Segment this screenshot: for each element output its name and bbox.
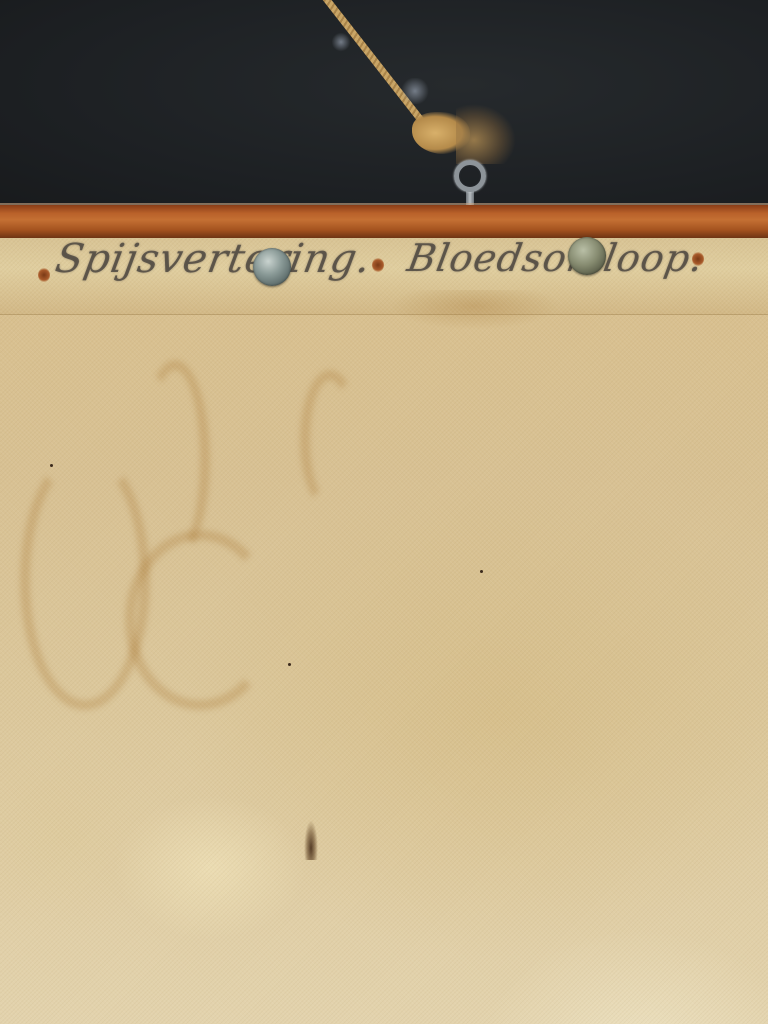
water-stain	[125, 530, 275, 710]
band-stain	[390, 290, 560, 330]
inscription-left: Spijsvertering.	[52, 236, 375, 282]
dark-background	[0, 0, 768, 212]
lint-fluff	[400, 78, 430, 104]
metal-stud	[568, 237, 606, 275]
dirt-dot	[480, 570, 483, 573]
nail-hole	[38, 268, 50, 282]
water-stain	[300, 370, 360, 510]
dirt-dot	[50, 464, 53, 467]
water-stain	[20, 450, 150, 710]
dark-speck	[304, 820, 318, 860]
lint-fluff	[332, 32, 350, 52]
inscription-right: Bloedsomloop.	[404, 236, 707, 280]
dirt-dot	[288, 663, 291, 666]
wooden-rod	[0, 205, 768, 238]
eye-hook-ring	[454, 160, 486, 192]
frayed-cord-end	[456, 104, 516, 164]
nail-hole	[372, 258, 384, 272]
metal-stud	[253, 248, 291, 286]
water-stain	[140, 360, 210, 560]
